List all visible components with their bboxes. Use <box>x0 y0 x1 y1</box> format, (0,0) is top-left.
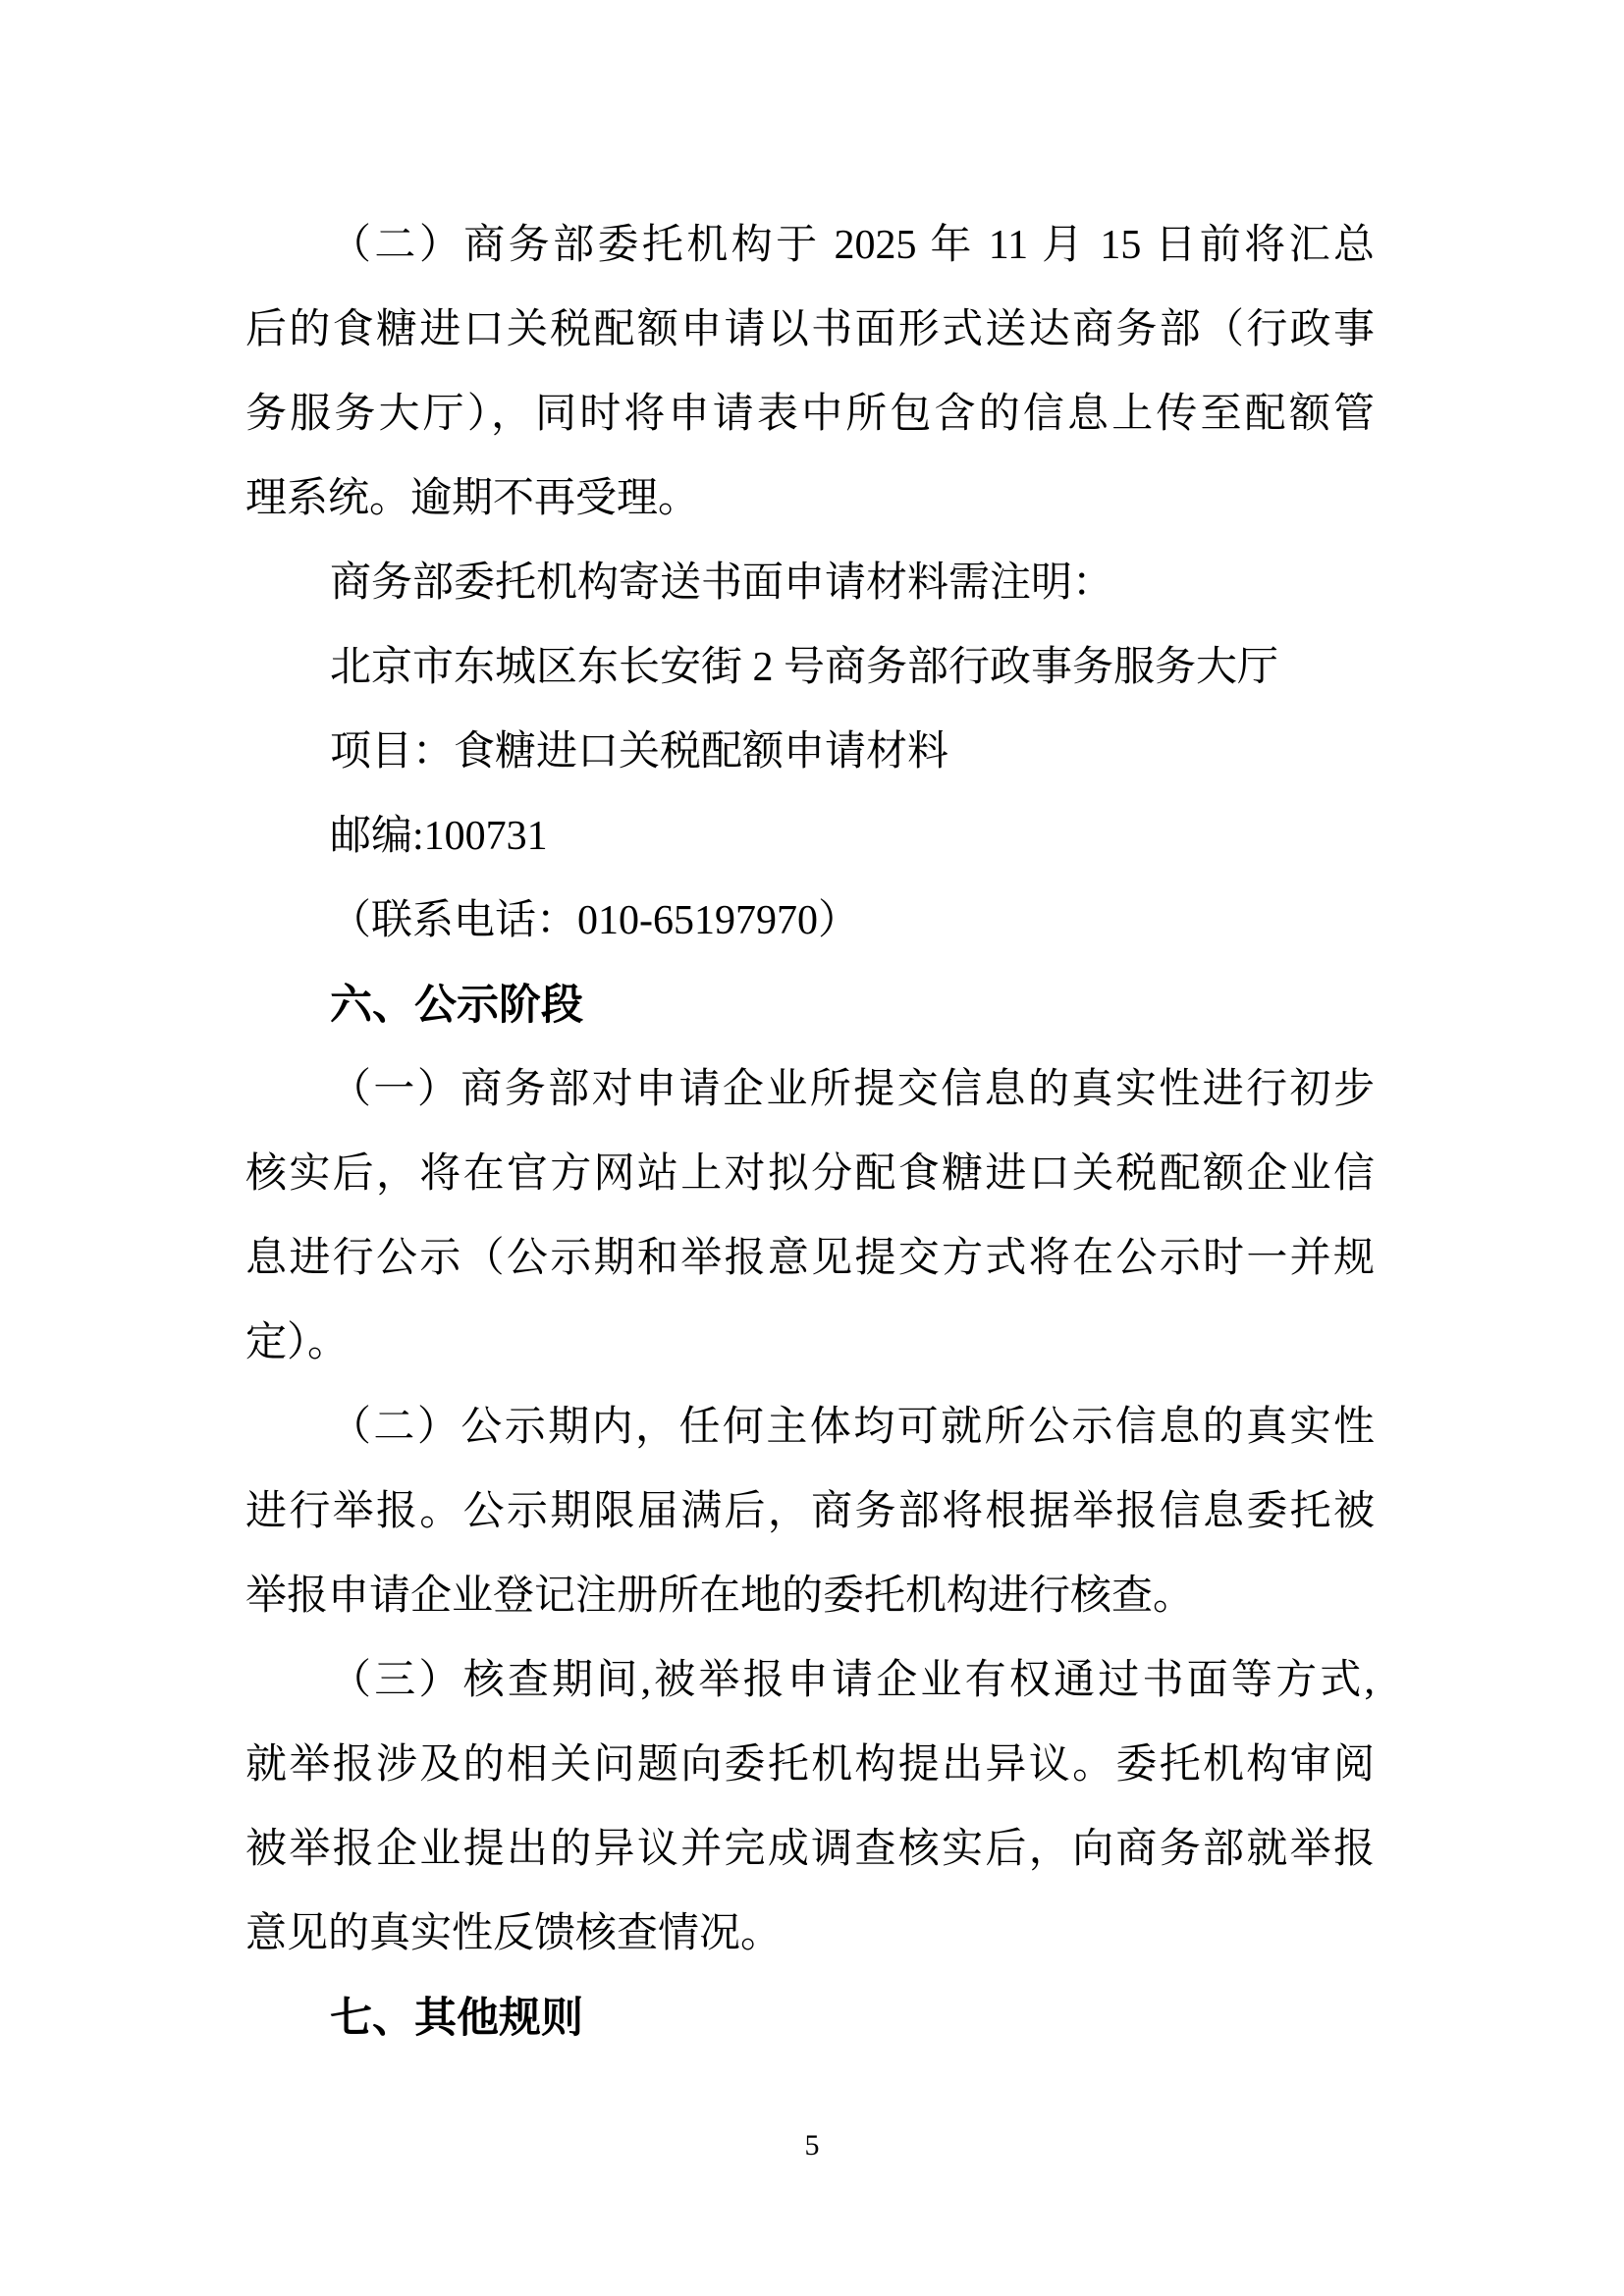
body-line: 理系统。逾期不再受理。 <box>245 456 1375 541</box>
body-line: 核实后，将在官方网站上对拟分配食糖进口关税配额企业信 <box>245 1132 1375 1216</box>
document-body: （二）商务部委托机构于 2025 年 11 月 15 日前将汇总后的食糖进口关税… <box>245 203 1375 2060</box>
body-line: （一）商务部对申请企业所提交信息的真实性进行初步 <box>245 1047 1375 1132</box>
body-line: 商务部委托机构寄送书面申请材料需注明： <box>245 541 1375 625</box>
body-line: 息进行公示（公示期和举报意见提交方式将在公示时一并规 <box>245 1216 1375 1301</box>
body-line: 北京市东城区东长安街 2 号商务部行政事务服务大厅 <box>245 625 1375 710</box>
section-heading: 六、公示阶段 <box>245 963 1375 1047</box>
body-line: 项目：食糖进口关税配额申请材料 <box>245 710 1375 794</box>
body-line: 后的食糖进口关税配额申请以书面形式送达商务部（行政事 <box>245 288 1375 372</box>
body-line: 进行举报。公示期限届满后，商务部将根据举报信息委托被 <box>245 1469 1375 1554</box>
body-line: 邮编:100731 <box>245 794 1375 879</box>
body-line: 被举报企业提出的异议并完成调查核实后，向商务部就举报 <box>245 1807 1375 1892</box>
body-line: 务服务大厅），同时将申请表中所包含的信息上传至配额管 <box>245 372 1375 456</box>
body-line: （二）商务部委托机构于 2025 年 11 月 15 日前将汇总 <box>245 203 1375 288</box>
body-line: 意见的真实性反馈核查情况。 <box>245 1892 1375 1976</box>
body-line: 定）。 <box>245 1301 1375 1385</box>
page-number: 5 <box>0 2126 1624 2165</box>
body-line: （联系电话：010-65197970） <box>245 879 1375 963</box>
body-line: （三）核查期间,被举报申请企业有权通过书面等方式, <box>245 1638 1375 1723</box>
body-line: （二）公示期内，任何主体均可就所公示信息的真实性 <box>245 1385 1375 1469</box>
body-line: 就举报涉及的相关问题向委托机构提出异议。委托机构审阅 <box>245 1723 1375 1807</box>
document-page: （二）商务部委托机构于 2025 年 11 月 15 日前将汇总后的食糖进口关税… <box>0 0 1624 2296</box>
body-line: 举报申请企业登记注册所在地的委托机构进行核查。 <box>245 1554 1375 1638</box>
section-heading: 七、其他规则 <box>245 1976 1375 2060</box>
